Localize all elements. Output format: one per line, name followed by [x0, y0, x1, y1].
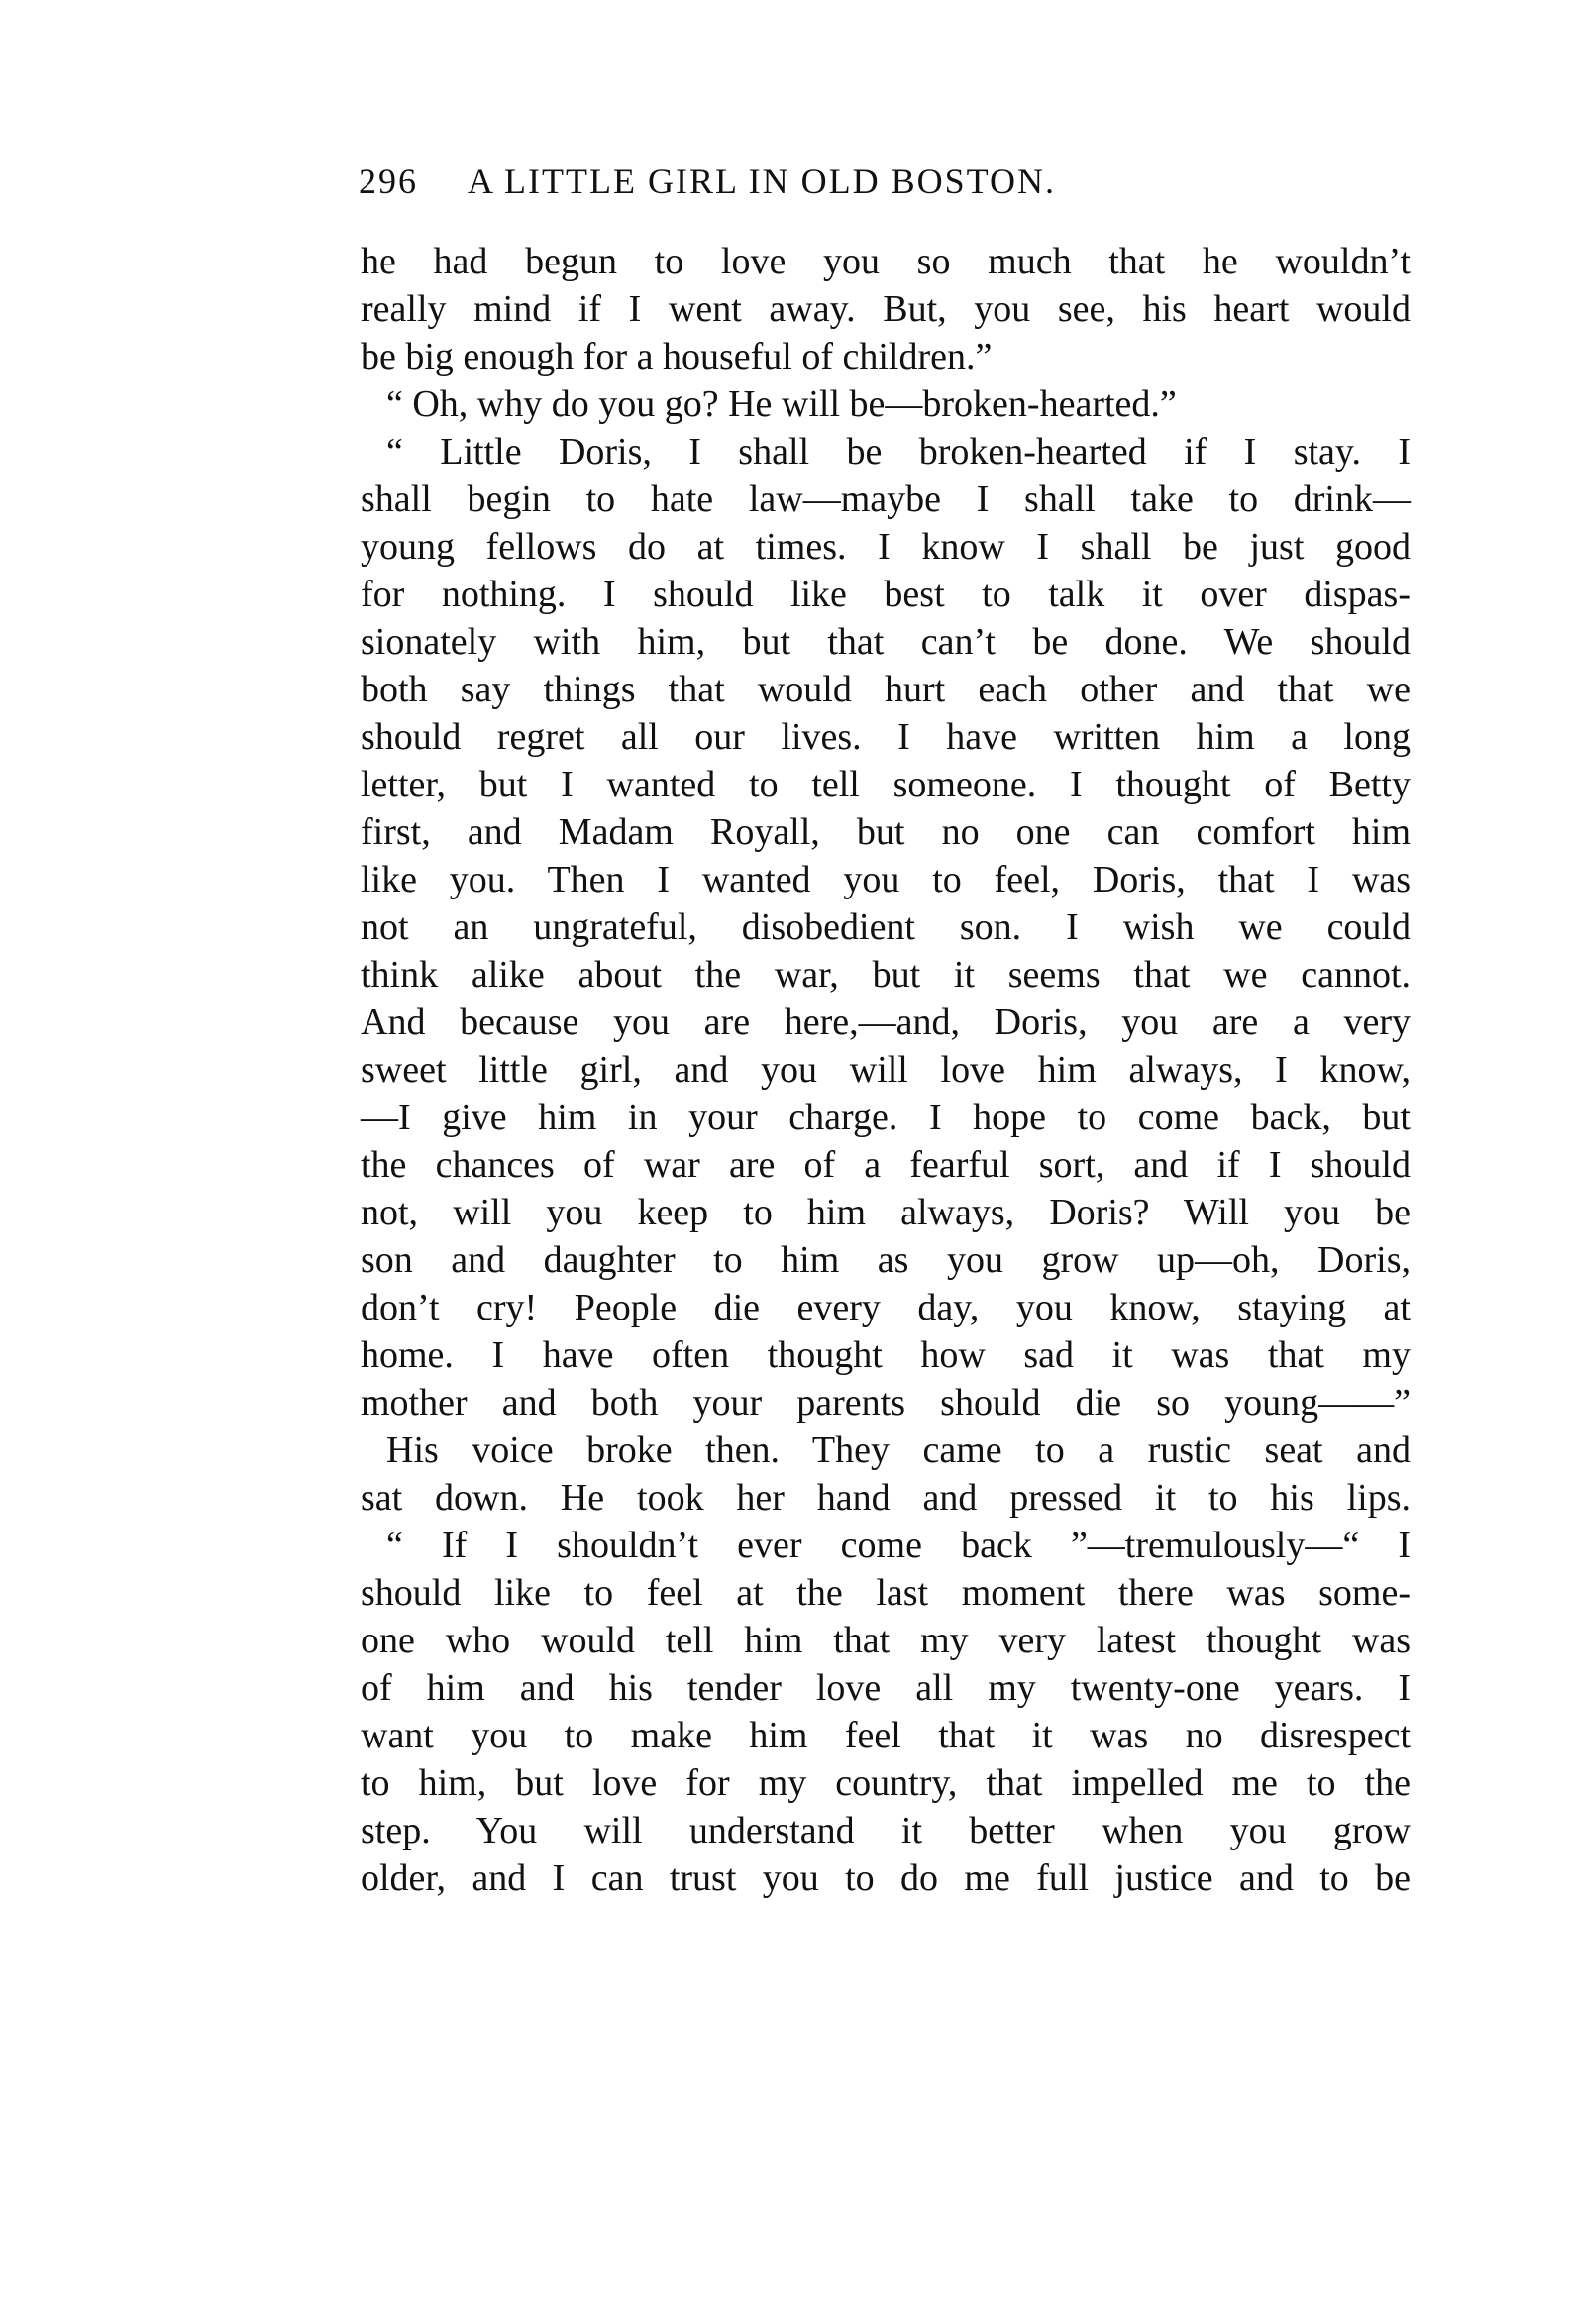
text-line: mother and both your parents should die …: [361, 1379, 1411, 1426]
text-line: —I give him in your charge. I hope to co…: [361, 1094, 1411, 1141]
text-line: one who would tell him that my very late…: [361, 1617, 1411, 1664]
text-line: be big enough for a houseful of children…: [361, 333, 1411, 380]
running-title: A LITTLE GIRL IN OLD BOSTON.: [468, 161, 1056, 201]
text-line: shall begin to hate law—maybe I shall ta…: [361, 475, 1411, 523]
book-page: 296A LITTLE GIRL IN OLD BOSTON. he had b…: [0, 0, 1574, 2324]
text-line: want you to make him feel that it was no…: [361, 1712, 1411, 1759]
text-line: think alike about the war, but it seems …: [361, 951, 1411, 999]
text-line: home. I have often thought how sad it wa…: [361, 1331, 1411, 1379]
text-line: of him and his tender love all my twenty…: [361, 1664, 1411, 1712]
text-line: sat down. He took her hand and pressed i…: [361, 1474, 1411, 1522]
text-line: should like to feel at the last moment t…: [361, 1569, 1411, 1617]
text-line: step. You will understand it better when…: [361, 1807, 1411, 1854]
text-line: not an ungrateful, disobedient son. I wi…: [361, 903, 1411, 951]
text-line: letter, but I wanted to tell someone. I …: [361, 761, 1411, 808]
text-line: “ Oh, why do you go? He will be—broken-h…: [361, 380, 1411, 428]
body-text: he had begun to love you so much that he…: [361, 238, 1411, 1902]
text-line: son and daughter to him as you grow up—o…: [361, 1236, 1411, 1284]
text-line: like you. Then I wanted you to feel, Dor…: [361, 856, 1411, 903]
text-line: the chances of war are of a fearful sort…: [361, 1141, 1411, 1189]
text-line: “ If I shouldn’t ever come back ”—tremul…: [361, 1522, 1411, 1569]
text-line: older, and I can trust you to do me full…: [361, 1854, 1411, 1902]
text-line: young fellows do at times. I know I shal…: [361, 523, 1411, 571]
text-line: not, will you keep to him always, Doris?…: [361, 1189, 1411, 1236]
running-header: 296A LITTLE GIRL IN OLD BOSTON.: [359, 160, 1409, 202]
text-line: And because you are here,—and, Doris, yo…: [361, 999, 1411, 1046]
page-number: 296: [359, 160, 468, 202]
text-line: for nothing. I should like best to talk …: [361, 571, 1411, 618]
text-line: really mind if I went away. But, you see…: [361, 285, 1411, 333]
text-line: sionately with him, but that can’t be do…: [361, 618, 1411, 666]
text-line: both say things that would hurt each oth…: [361, 666, 1411, 713]
text-line: His voice broke then. They came to a rus…: [361, 1426, 1411, 1474]
text-line: don’t cry! People die every day, you kno…: [361, 1284, 1411, 1331]
text-line: first, and Madam Royall, but no one can …: [361, 808, 1411, 856]
text-line: “ Little Doris, I shall be broken-hearte…: [361, 428, 1411, 475]
text-line: to him, but love for my country, that im…: [361, 1759, 1411, 1807]
text-line: sweet little girl, and you will love him…: [361, 1046, 1411, 1094]
text-line: should regret all our lives. I have writ…: [361, 713, 1411, 761]
text-line: he had begun to love you so much that he…: [361, 238, 1411, 285]
